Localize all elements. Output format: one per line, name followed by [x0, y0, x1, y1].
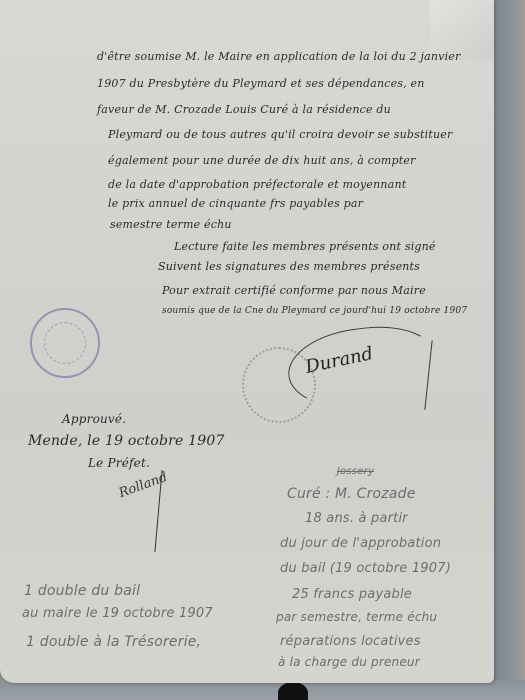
dark-object-shadow: [278, 682, 308, 700]
main-line: Pleymard ou de tous autres qu'il croira …: [108, 128, 452, 141]
pencil-note-line: au maire le 19 octobre 1907: [22, 606, 213, 621]
pencil-note-line: du jour de l'approbation: [280, 536, 441, 551]
closing-line: Suivent les signatures des membres prése…: [158, 260, 420, 273]
closing-line: Lecture faite les membres présents ont s…: [174, 240, 436, 253]
background-right: [494, 0, 525, 700]
approval-place-date: Mende, le 19 octobre 1907: [28, 433, 225, 449]
main-line: semestre terme échu: [110, 218, 232, 231]
main-line: de la date d'approbation préfectorale et…: [108, 178, 406, 191]
main-line: 1907 du Presbytère du Pleymard et ses dé…: [97, 77, 425, 90]
approval-label: Approuvé.: [62, 412, 126, 426]
pencil-note-line: 25 francs payable: [292, 587, 412, 602]
pencil-note-line: du bail (19 octobre 1907): [280, 561, 451, 576]
main-line: également pour une durée de dix huit ans…: [108, 154, 416, 167]
main-line: le prix annuel de cinquante frs payables…: [108, 197, 363, 210]
struck-word: Jossery: [337, 466, 374, 477]
pencil-note-line: 1 double à la Trésorerie,: [26, 634, 201, 650]
closing-line: soumis que de la Cne du Pleymard ce jour…: [162, 306, 467, 316]
pencil-note-line: 18 ans. à partir: [305, 511, 408, 526]
prefecture-stamp: [30, 308, 100, 378]
main-line: d'être soumise M. le Maire en applicatio…: [97, 50, 460, 63]
background-bottom: [0, 680, 525, 700]
main-line: faveur de M. Crozade Louis Curé à la rés…: [97, 103, 391, 116]
stamp-emblem-icon: [44, 322, 86, 364]
pencil-note-line: 1 double du bail: [24, 583, 140, 599]
pencil-note-line: à la charge du preneur: [278, 655, 420, 669]
document-page: d'être soumise M. le Maire en applicatio…: [0, 0, 494, 683]
pencil-note-line: Curé : M. Crozade: [287, 486, 416, 502]
approval-title: Le Préfet.: [88, 456, 150, 470]
closing-line: Pour extrait certifié conforme par nous …: [162, 284, 426, 297]
pencil-note-line: réparations locatives: [280, 634, 421, 649]
pencil-note-line: par semestre, terme échu: [276, 610, 437, 624]
